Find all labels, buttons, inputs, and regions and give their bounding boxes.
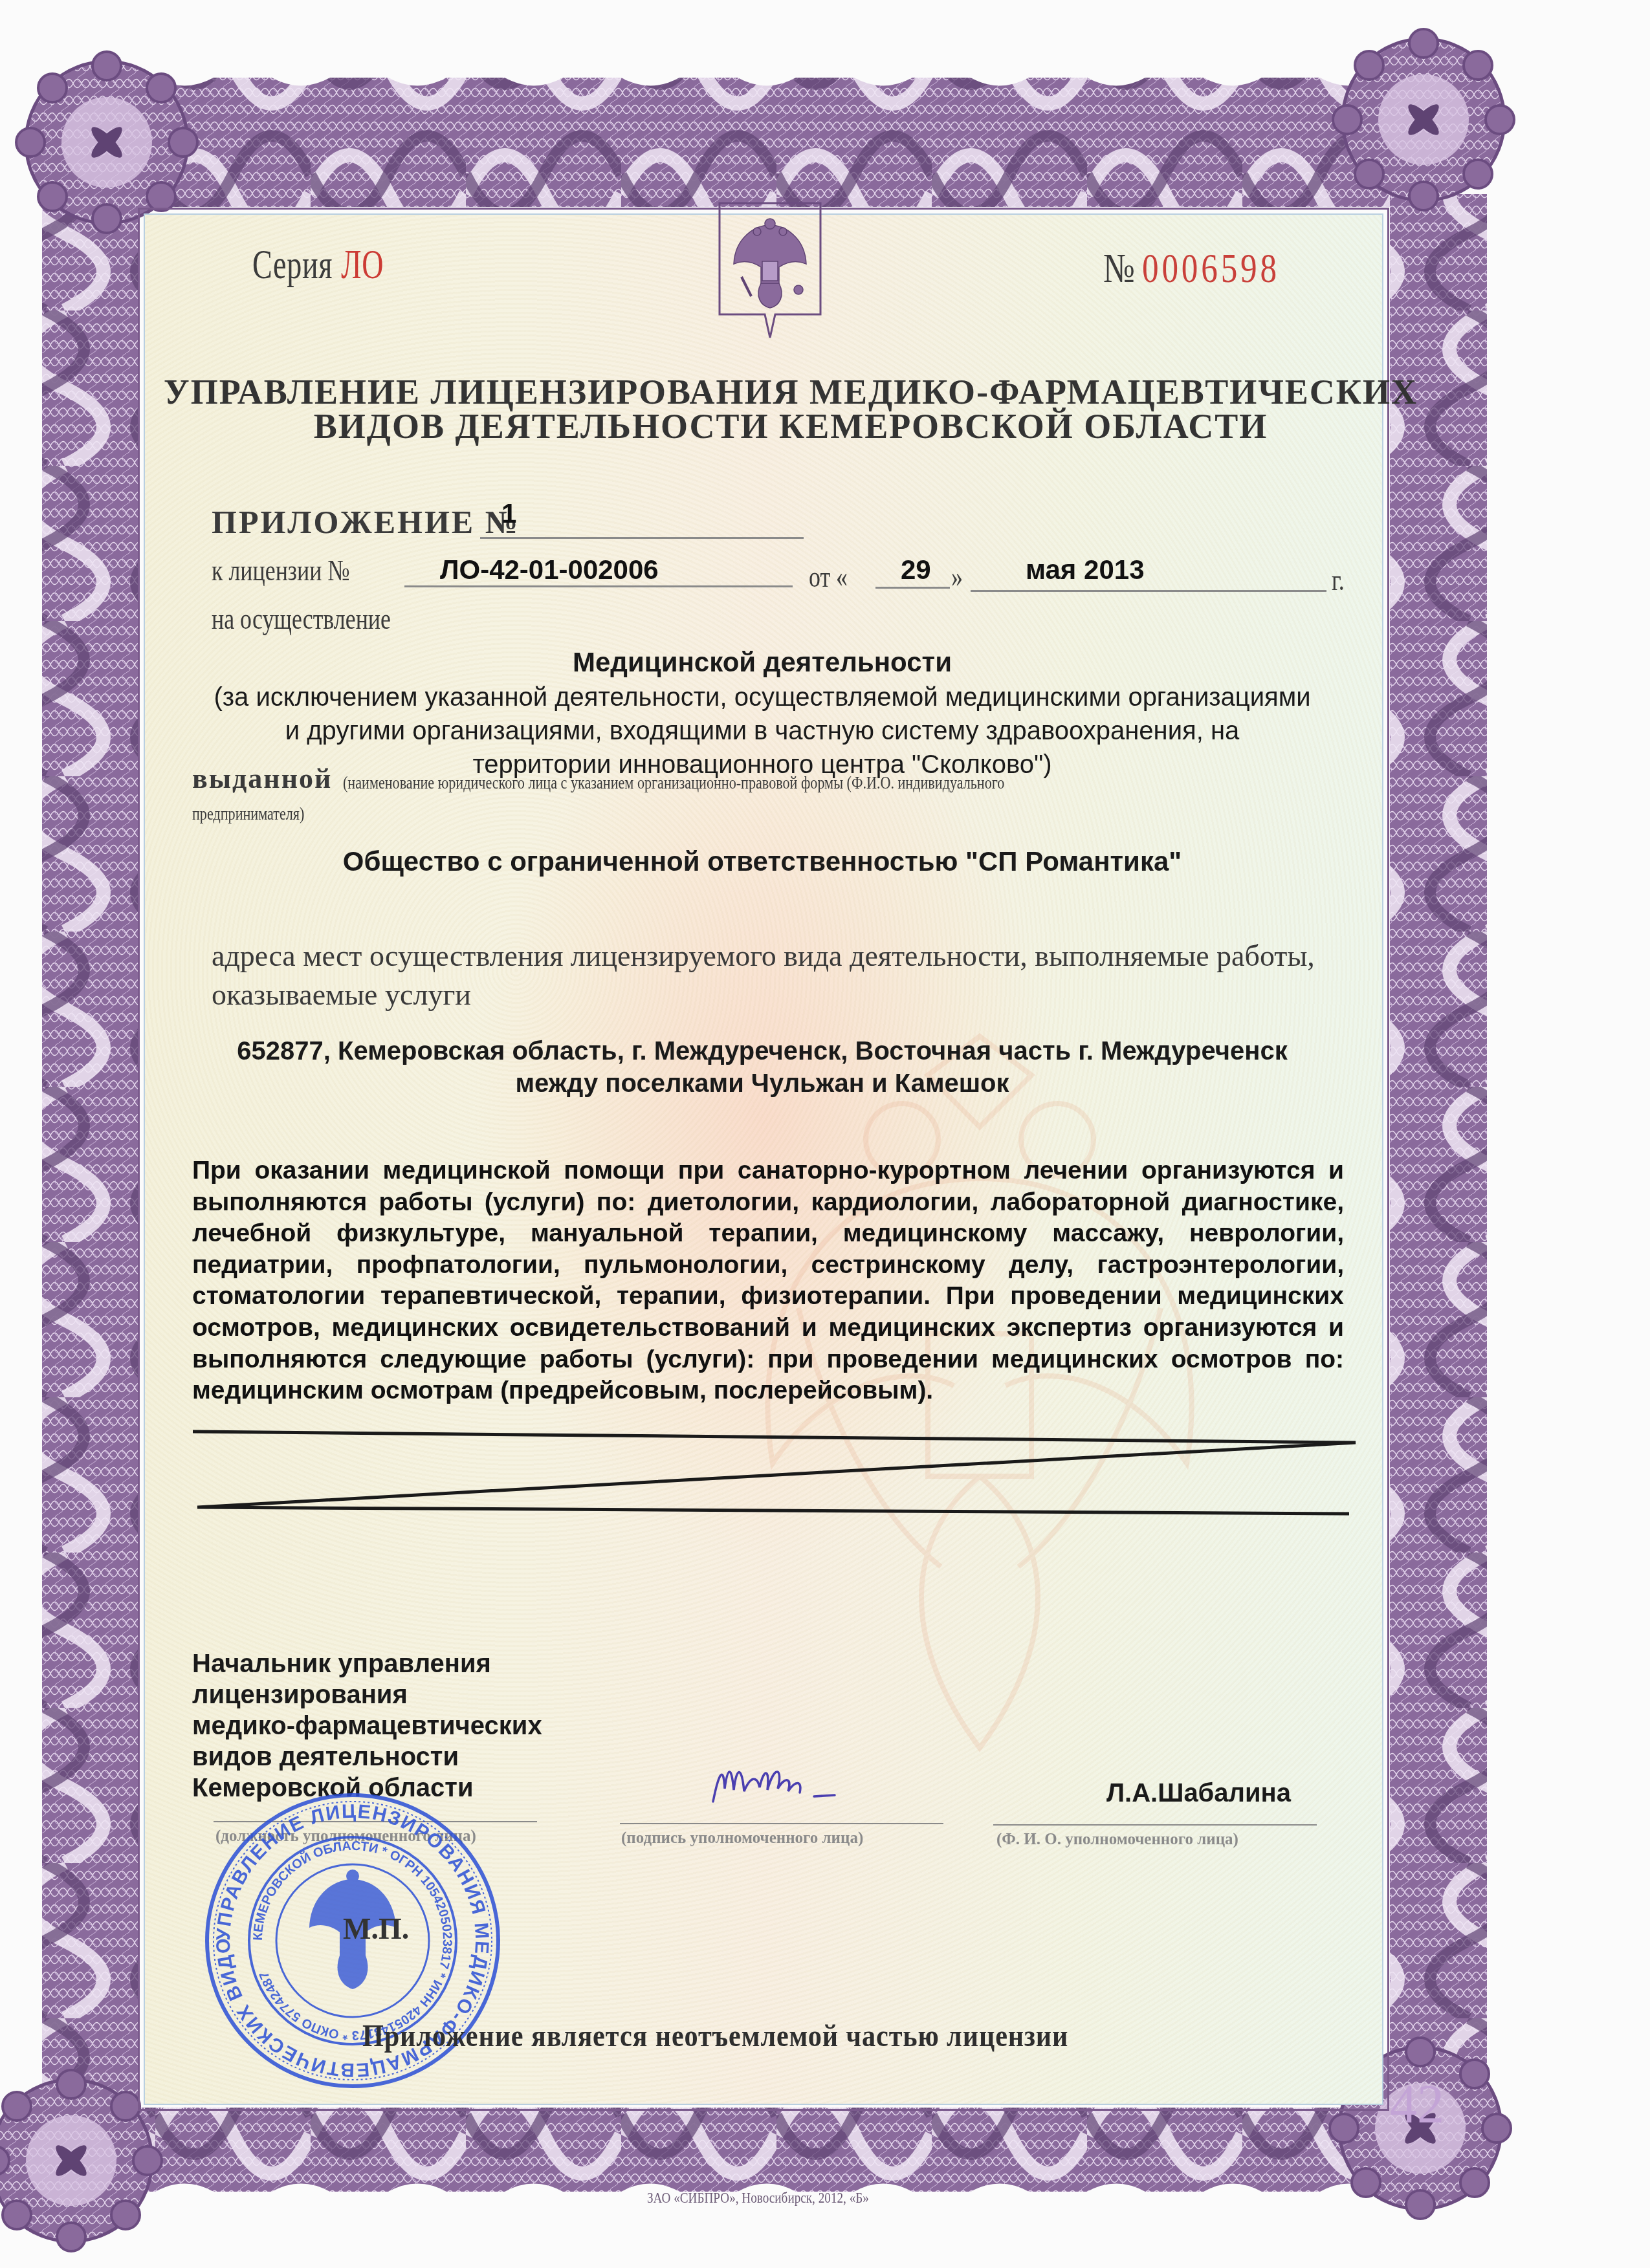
license-day-underline [875,587,950,589]
organization-name: Общество с ограниченной ответственностью… [144,846,1381,877]
region-code-badge: 42 [1378,2073,1456,2136]
license-day: 29 [901,554,931,585]
authority-heading-line2: ВИДОВ ДЕЯТЕЛЬНОСТИ КЕМЕРОВСКОЙ ОБЛАСТИ [144,406,1438,446]
date-from-label: от « [809,560,848,594]
russian-coat-of-arms-icon [716,199,824,342]
activity-label: на осуществление [212,602,391,636]
position-line: Начальник управления [192,1648,542,1679]
signature-underline [620,1823,943,1824]
position-line: видов деятельности [192,1741,542,1772]
printer-imprint: ЗАО «СИБПРО», Новосибирск, 2012, «Б» [647,2190,869,2207]
series-value: ЛО [341,241,384,287]
seal-placeholder-label: М.П. [343,1912,409,1946]
activity-note-line: (за исключением указанной деятельности, … [170,681,1355,714]
license-label: к лицензии № [212,553,350,587]
address-line: 652877, Кемеровская область, г. Междуреч… [144,1035,1381,1067]
activity-address: 652877, Кемеровская область, г. Междуреч… [144,1035,1381,1100]
license-number-underline [404,585,793,587]
appendix-number: 1 [501,498,516,529]
series-label: СерияЛО [252,241,384,289]
issued-to-label: выданной [192,762,332,795]
license-month-year: мая 2013 [1026,554,1144,585]
license-month-year-underline [971,590,1326,592]
addresses-label: адреса мест осуществления лицензируемого… [212,937,1363,1014]
form-serial-number: 0006598 [1142,245,1280,291]
address-line: между поселками Чульжан и Камешок [144,1067,1381,1100]
blank-space-strike-lines [188,1423,1365,1527]
signature-caption: (подпись уполномоченного лица) [621,1829,863,1848]
series-label-text: Серия [252,241,333,287]
number-symbol: № [1103,245,1135,291]
activity-note-line: и другими организациями, входящими в час… [170,714,1355,748]
date-day-close: » [951,560,963,594]
activity-title: Медицинской деятельности [144,647,1381,678]
signatory-position: Начальник управления лицензирования меди… [192,1648,542,1804]
name-caption: (Ф. И. О. уполномоченного лица) [996,1831,1238,1849]
issued-to-hint: (наименование юридического лица с указан… [343,773,1004,793]
issued-to-hint-cont: предпринимателя) [192,804,304,824]
license-number: ЛО-42-01-002006 [440,554,659,585]
appendix-number-underline [480,537,804,539]
license-form-number: №0006598 [1103,245,1280,292]
watermark-eagle-icon [714,1023,1245,1800]
position-line: медико-фармацевтических [192,1710,542,1741]
signatory-name: Л.А.Шабалина [1106,1779,1291,1808]
name-underline [993,1824,1317,1826]
position-line: лицензирования [192,1679,542,1710]
integral-part-note: Приложение является неотъемлемой частью … [362,2018,1068,2054]
appendix-label: ПРИЛОЖЕНИЕ № [212,503,520,541]
handwritten-signature [705,1750,886,1815]
year-suffix: г. [1332,563,1345,597]
services-text: При оказании медицинской помощи при сана… [192,1155,1344,1407]
